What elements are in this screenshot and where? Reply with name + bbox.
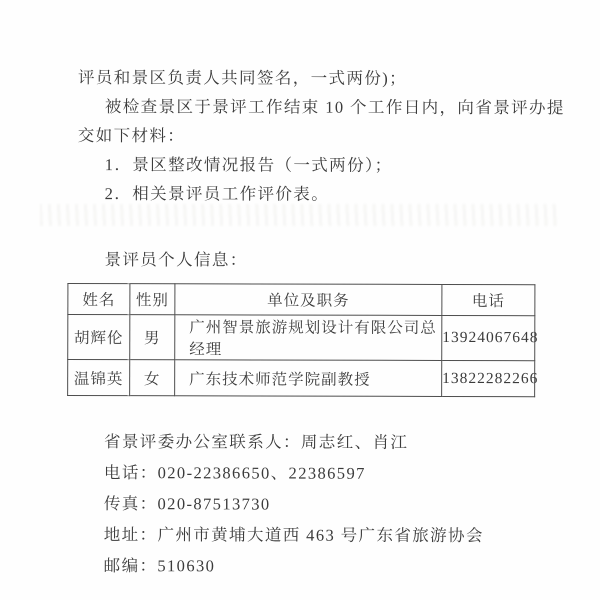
contact-persons-line: 省景评委办公室联系人：周志红、肖江 (104, 426, 544, 458)
body-paragraph: 交如下材料： (78, 121, 545, 151)
table-header-row: 姓名 性别 单位及职务 电话 (68, 283, 535, 315)
scanned-document-page: 评员和景区负责人共同签名，一式两份)； 被检查景区于景评工作结束 10 个工作日… (0, 0, 600, 600)
table-title: 景评员个人信息： (77, 245, 544, 275)
table-row: 温锦英 女 广东技术师范学院副教授 13822282266 (68, 359, 535, 396)
cell-phone: 13822282266 (442, 360, 535, 396)
cell-name: 温锦英 (68, 359, 130, 395)
list-item-1: 1．景区整改情况报告（一式两份）； (78, 150, 545, 180)
document-content: 评员和景区负责人共同签名，一式两份)； 被检查景区于景评工作结束 10 个工作日… (77, 63, 545, 582)
cell-phone: 13924067648 (442, 315, 535, 360)
cell-org-position: 广东技术师范学院副教授 (175, 360, 442, 397)
body-paragraph: 被检查景区于景评工作结束 10 个工作日内，向省景评办提 (78, 92, 545, 122)
body-paragraph: 评员和景区负责人共同签名，一式两份)； (78, 63, 545, 93)
header-phone: 电话 (442, 284, 535, 315)
cell-gender: 男 (130, 315, 175, 360)
contact-block: 省景评委办公室联系人：周志红、肖江 电话：020-22386650、223865… (104, 426, 544, 582)
table-row: 胡辉伦 男 广州智景旅游规划设计有限公司总经理 13924067648 (68, 314, 535, 360)
header-gender: 性别 (130, 284, 175, 315)
cell-gender: 女 (130, 360, 175, 396)
evaluator-info-table: 姓名 性别 单位及职务 电话 胡辉伦 男 广州智景旅游规划设计有限公司总经理 1… (67, 283, 535, 397)
cell-org-position: 广州智景旅游规划设计有限公司总经理 (175, 315, 442, 361)
header-name: 姓名 (68, 283, 130, 314)
contact-fax-line: 传真：020-87513730 (104, 488, 544, 520)
header-org-position: 单位及职务 (175, 284, 442, 316)
cell-name: 胡辉伦 (68, 314, 130, 359)
contact-address-line: 地址：广州市黄埔大道西 463 号广东省旅游协会 (104, 519, 544, 551)
contact-phone-line: 电话：020-22386650、22386597 (104, 457, 544, 489)
list-item-2: 2．相关景评员工作评价表。 (78, 179, 545, 209)
contact-postcode-line: 邮编：510630 (104, 550, 544, 582)
